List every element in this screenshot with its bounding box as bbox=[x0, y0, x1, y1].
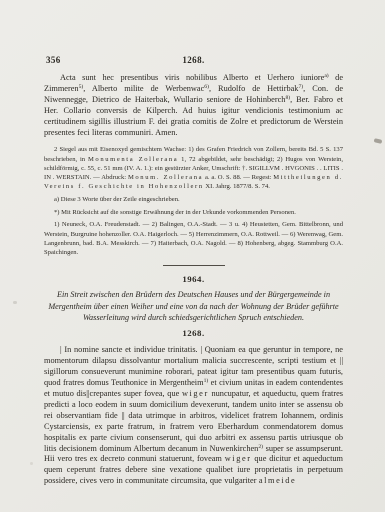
footnote-a: a) Diese 3 Worte über der Zeile eingesch… bbox=[44, 195, 343, 204]
footnote-seal-description: 2 Siegel aus mit Eisenoxyd gemischtem Wa… bbox=[44, 145, 343, 191]
document-number: 1964. bbox=[44, 274, 343, 284]
scanned-book-page: 356 1268. Acta sunt hec presentibus viri… bbox=[0, 0, 385, 512]
charter-continuation-text: Acta sunt hec presentibus viris nobilibu… bbox=[44, 73, 343, 138]
regest-summary: Ein Streit zwischen den Brüdern des Deut… bbox=[46, 289, 341, 323]
scan-artifact-right bbox=[374, 138, 383, 144]
running-head-year: 1268. bbox=[182, 55, 204, 65]
scan-artifact-left bbox=[13, 301, 17, 304]
document-year: 1268. bbox=[44, 328, 343, 338]
page-number: 356 bbox=[46, 55, 61, 65]
scan-artifact-bottom bbox=[30, 462, 33, 465]
running-head: 356 1268. bbox=[44, 55, 343, 66]
section-divider-rule bbox=[163, 265, 225, 266]
footnote-place-identifications: 1) Neuneck, O.A. Freudenstadt. — 2) Bali… bbox=[44, 220, 343, 257]
footnote-block: 2 Siegel aus mit Eisenoxyd gemischtem Wa… bbox=[44, 145, 343, 257]
charter-main-text: | In nomine sancte et individue trinitat… bbox=[44, 345, 343, 487]
footnote-asterisk: *) Mit Rücksicht auf die sonstige Erwähn… bbox=[44, 208, 343, 217]
